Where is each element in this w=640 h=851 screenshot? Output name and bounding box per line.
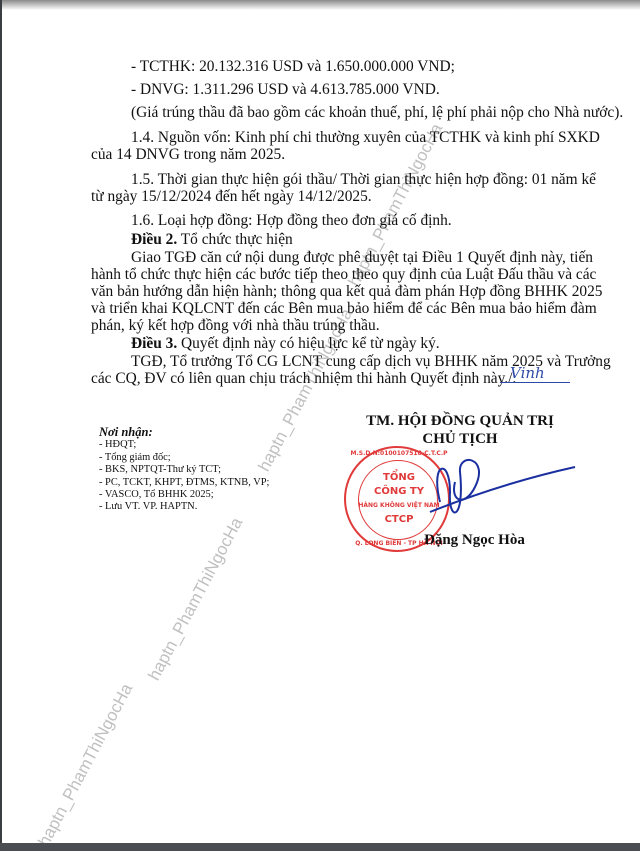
article-2-title: Tổ chức thực hiện	[177, 231, 293, 248]
initials-mark: Vinh	[500, 364, 570, 383]
watermark: haptn_PhamThiNgocHa	[34, 680, 137, 850]
price-line-tcthk: - TCTHK: 20.132.316 USD và 1.650.000.000…	[131, 58, 455, 75]
recipient-item: - PC, TCKT, KHPT, ĐTMS, KTNB, VP;	[99, 477, 269, 489]
price-note: (Giá trúng thầu đã bao gồm các khoản thu…	[131, 104, 623, 121]
article-2-line4: và triển khai KQLCNT đến các Bên mua bảo…	[91, 300, 593, 317]
viewer-left-edge	[0, 0, 2, 851]
clause-1-4-line2: của 14 DNVG trong năm 2025.	[91, 146, 285, 163]
price-line-dnvg: - DNVG: 1.311.296 USD và 4.613.785.000 V…	[131, 81, 440, 98]
signer-name: Đặng Ngọc Hòa	[424, 532, 525, 549]
recipient-item: - HĐQT;	[99, 439, 269, 451]
clause-1-6: 1.6. Loại hợp đồng: Hợp đồng theo đơn gi…	[131, 212, 452, 229]
clause-1-5-line1: 1.5. Thời gian thực hiện gói thầu/ Thời …	[131, 171, 593, 188]
article-2-heading: Điều 2. Tổ chức thực hiện	[131, 231, 293, 248]
handwritten-signature	[420, 452, 580, 527]
article-3-label: Điều 3.	[131, 335, 177, 352]
article-3-line2: các CQ, ĐV có liên quan chịu trách nhiệm…	[91, 370, 516, 387]
article-2-label: Điều 2.	[131, 231, 177, 248]
article-2-line1: Giao TGĐ căn cứ nội dung được phê duyệt …	[131, 249, 593, 266]
article-3-title: Quyết định này có hiệu lực kể từ ngày ký…	[177, 335, 439, 352]
clause-1-4-line1: 1.4. Nguồn vốn: Kinh phí chi thường xuyê…	[131, 129, 593, 146]
watermark: haptn_PhamThiNgocHa	[144, 514, 247, 684]
clause-1-5-line2: từ ngày 15/12/2024 đến hết ngày 14/12/20…	[91, 188, 372, 205]
article-3-heading: Điều 3. Quyết định này có hiệu lực kể từ…	[131, 335, 440, 352]
recipient-item: - VASCO, Tổ BHHK 2025;	[99, 489, 269, 501]
signature-role: CHỦ TỊCH	[330, 430, 590, 448]
recipient-item: - Lưu VT. VP. HAPTN.	[99, 501, 269, 513]
recipients-title: Nơi nhận:	[99, 426, 269, 438]
signature-block: TM. HỘI ĐỒNG QUẢN TRỊ CHỦ TỊCH	[330, 412, 590, 448]
viewer-bottom-bar	[0, 843, 640, 851]
signature-title: TM. HỘI ĐỒNG QUẢN TRỊ	[330, 412, 590, 430]
article-2-line3: văn bản hướng dẫn hiện hành; thông qua k…	[91, 283, 593, 300]
recipient-item: - BKS, NPTQT-Thư ký TCT;	[99, 464, 269, 476]
article-2-line5: phán, ký kết hợp đồng với nhà thầu trúng…	[91, 317, 380, 334]
page-top-shadow	[0, 0, 640, 10]
article-2-line2: hành tổ chức thực hiện các bước tiếp the…	[91, 266, 593, 283]
recipient-item: - Tổng giám đốc;	[99, 452, 269, 464]
recipients-block: Nơi nhận: - HĐQT; - Tổng giám đốc; - BKS…	[99, 426, 269, 514]
